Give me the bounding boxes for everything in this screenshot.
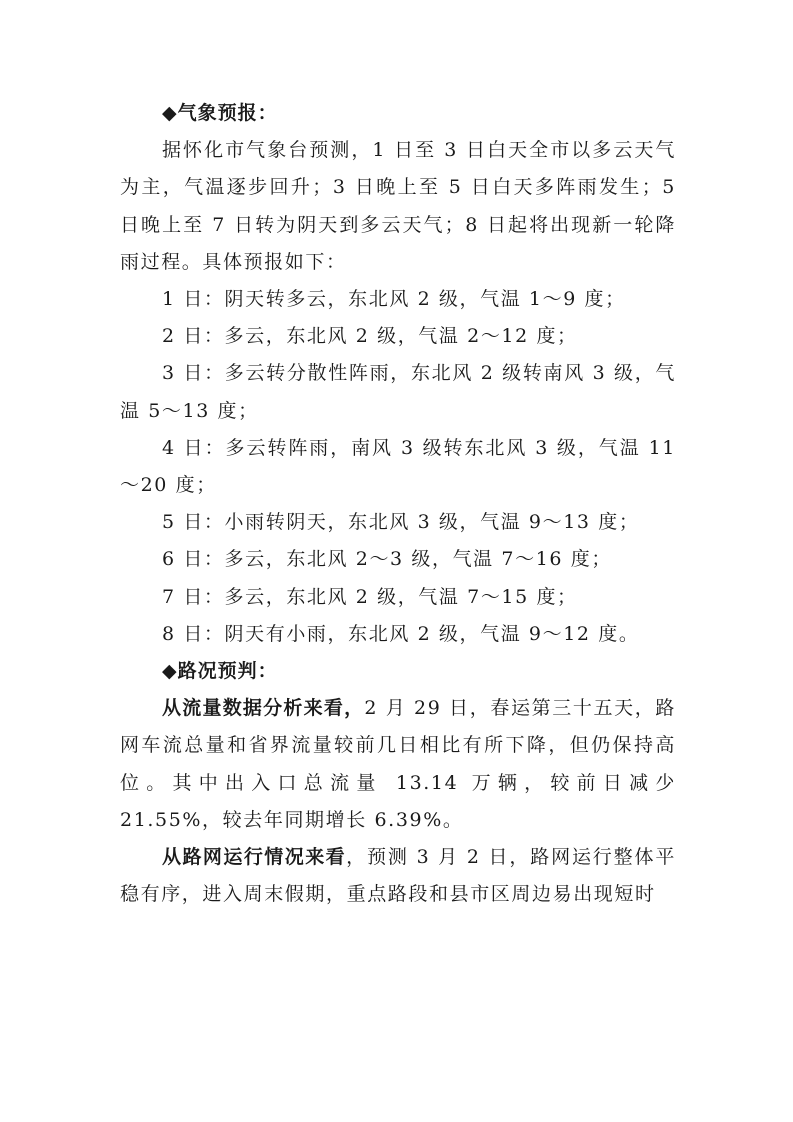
weather-heading-text: 气象预报：: [178, 102, 278, 124]
document-page: ◆气象预报： 据怀化市气象台预测，1 日至 3 日白天全市以多云天气为主，气温逐…: [120, 95, 676, 913]
traffic-flow-paragraph: 从流量数据分析来看，2 月 29 日，春运第三十五天，路网车流总量和省界流量较前…: [120, 690, 676, 839]
forecast-day-6: 6 日：多云，东北风 2～3 级，气温 7～16 度；: [120, 541, 676, 578]
road-operation-lead: 从路网运行情况来看: [162, 846, 346, 868]
diamond-bullet-icon: ◆: [162, 660, 177, 682]
road-heading: ◆路况预判：: [120, 653, 676, 690]
road-operation-paragraph: 从路网运行情况来看，预测 3 月 2 日，路网运行整体平稳有序，进入周末假期，重…: [120, 839, 676, 913]
forecast-day-5: 5 日：小雨转阴天，东北风 3 级，气温 9～13 度；: [120, 504, 676, 541]
weather-heading: ◆气象预报：: [120, 95, 676, 132]
forecast-day-1: 1 日：阴天转多云，东北风 2 级，气温 1～9 度；: [120, 281, 676, 318]
road-heading-text: 路况预判：: [178, 660, 278, 682]
weather-intro: 据怀化市气象台预测，1 日至 3 日白天全市以多云天气为主，气温逐步回升；3 日…: [120, 132, 676, 281]
forecast-day-7: 7 日：多云，东北风 2 级，气温 7～15 度；: [120, 579, 676, 616]
forecast-day-8: 8 日：阴天有小雨，东北风 2 级，气温 9～12 度。: [120, 616, 676, 653]
diamond-bullet-icon: ◆: [162, 102, 177, 124]
forecast-day-3: 3 日：多云转分散性阵雨，东北风 2 级转南风 3 级，气温 5～13 度；: [120, 355, 676, 429]
traffic-flow-lead: 从流量数据分析来看，: [162, 697, 364, 719]
forecast-day-4: 4 日：多云转阵雨，南风 3 级转东北风 3 级，气温 11～20 度；: [120, 430, 676, 504]
forecast-day-2: 2 日：多云，东北风 2 级，气温 2～12 度；: [120, 318, 676, 355]
